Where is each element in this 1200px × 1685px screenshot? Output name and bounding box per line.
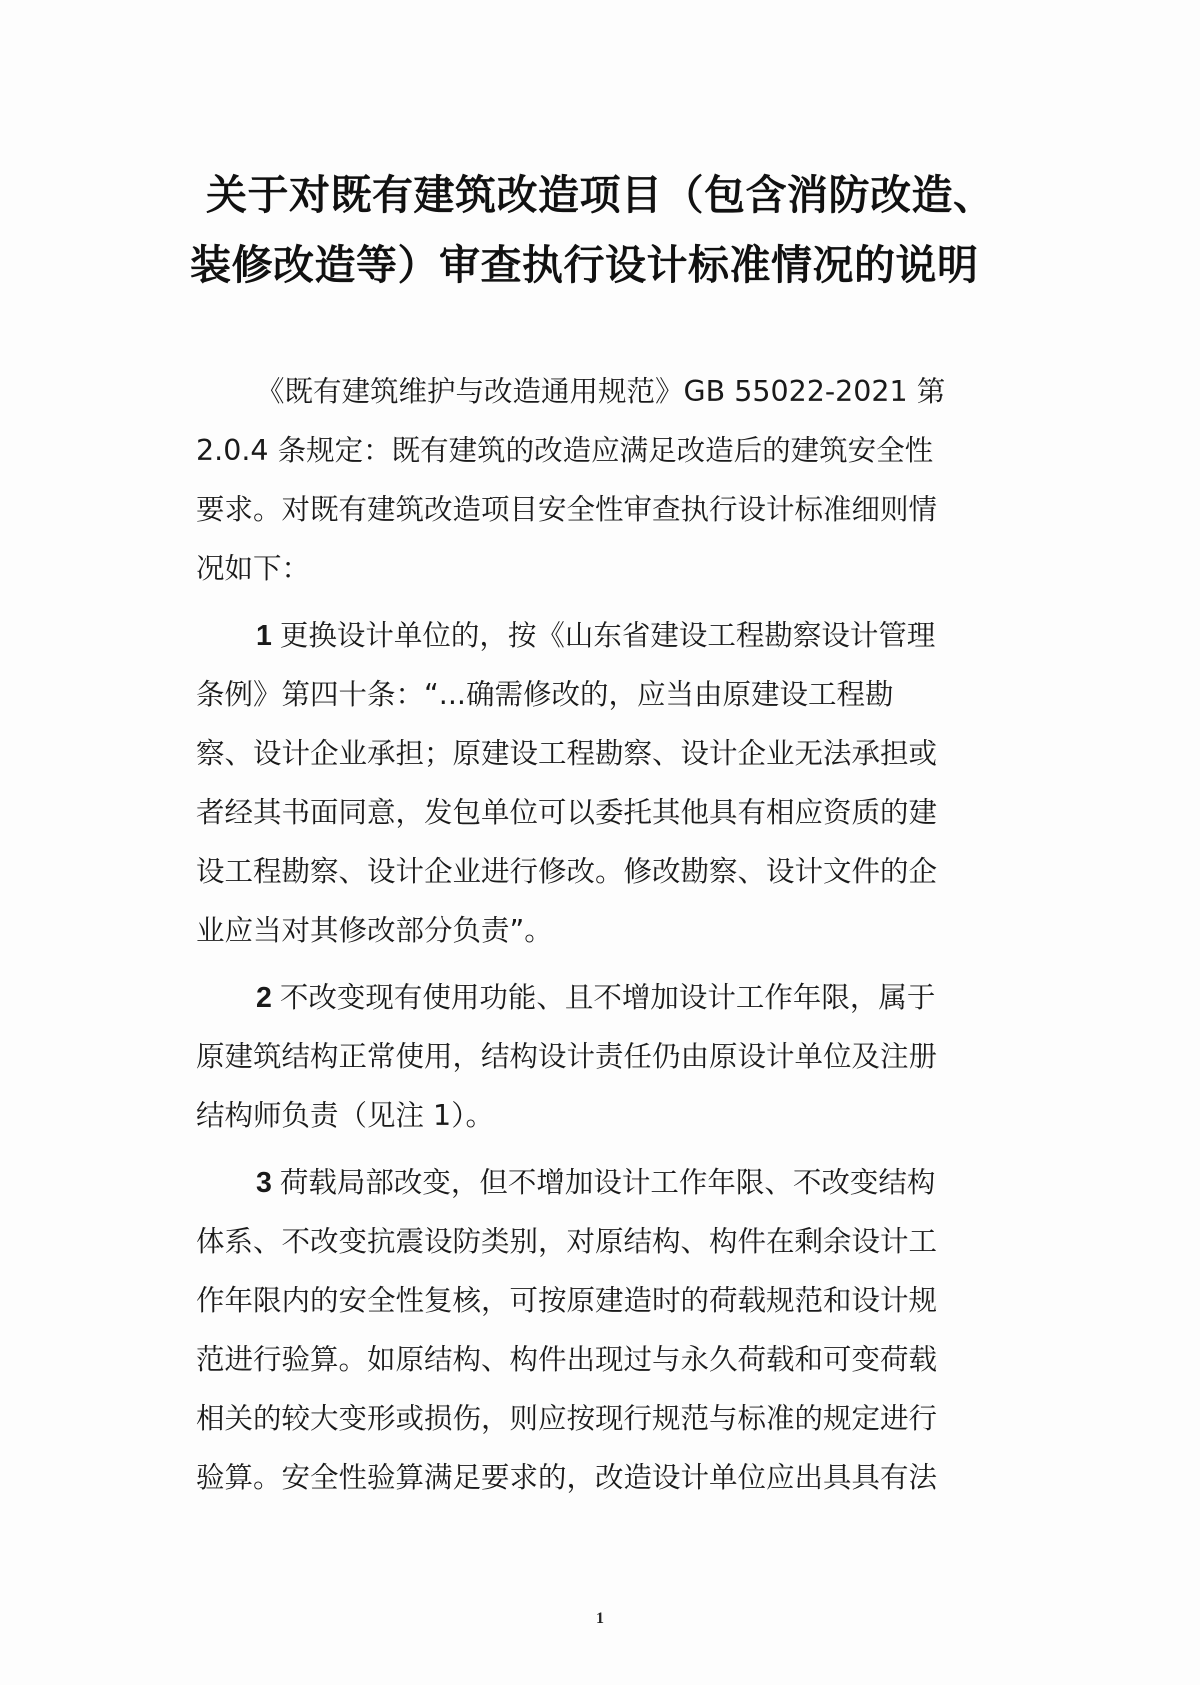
intro-line-3: 要求。对既有建筑改造项目安全性审查执行设计标准细则情	[196, 480, 996, 539]
item-1-text: 更换设计单位的，按《山东省建设工程勘察设计管理	[280, 619, 936, 652]
item-3-line: 范进行验算。如原结构、构件出现过与永久荷载和可变荷载	[196, 1330, 996, 1389]
item-1-line: 条例》第四十条：“...确需修改的，应当由原建设工程勘	[196, 665, 996, 724]
item-3-first-line: 3荷载局部改变，但不增加设计工作年限、不改变结构	[196, 1153, 996, 1212]
item-2-line: 结构师负责（见注 1）。	[196, 1086, 996, 1145]
item-3-text: 荷载局部改变，但不增加设计工作年限、不改变结构	[280, 1166, 936, 1199]
item-3-line: 相关的较大变形或损伤，则应按现行规范与标准的规定进行	[196, 1389, 996, 1448]
item-number: 3	[256, 1167, 272, 1199]
item-number: 2	[256, 982, 272, 1014]
document-body: 《既有建筑维护与改造通用规范》GB 55022-2021 第 2.0.4 条规定…	[196, 362, 996, 1507]
item-1-line: 业应当对其修改部分负责”。	[196, 901, 996, 960]
title-line-1: 关于对既有建筑改造项目（包含消防改造、	[190, 160, 1060, 230]
item-2-line: 原建筑结构正常使用，结构设计责任仍由原设计单位及注册	[196, 1027, 996, 1086]
item-1-line: 设工程勘察、设计企业进行修改。修改勘察、设计文件的企	[196, 842, 996, 901]
item-3-line: 作年限内的安全性复核，可按原建造时的荷载规范和设计规	[196, 1271, 996, 1330]
item-1-line: 察、设计企业承担；原建设工程勘察、设计企业无法承担或	[196, 724, 996, 783]
item-3-line: 体系、不改变抗震设防类别，对原结构、构件在剩余设计工	[196, 1212, 996, 1271]
page-number: 1	[0, 1610, 1200, 1628]
intro-line-4: 况如下：	[196, 539, 996, 598]
item-1-first-line: 1更换设计单位的，按《山东省建设工程勘察设计管理	[196, 606, 996, 665]
item-3-line: 验算。安全性验算满足要求的，改造设计单位应出具具有法	[196, 1448, 996, 1507]
intro-line-1: 《既有建筑维护与改造通用规范》GB 55022-2021 第	[196, 362, 996, 421]
document-title: 关于对既有建筑改造项目（包含消防改造、 装修改造等）审查执行设计标准情况的说明	[190, 160, 1060, 300]
item-2-text: 不改变现有使用功能、且不增加设计工作年限，属于	[280, 981, 936, 1014]
item-number: 1	[256, 620, 272, 652]
item-1-line: 者经其书面同意，发包单位可以委托其他具有相应资质的建	[196, 783, 996, 842]
item-2-first-line: 2不改变现有使用功能、且不增加设计工作年限，属于	[196, 968, 996, 1027]
title-line-2: 装修改造等）审查执行设计标准情况的说明	[190, 230, 1060, 300]
intro-line-2: 2.0.4 条规定：既有建筑的改造应满足改造后的建筑安全性	[196, 421, 996, 480]
document-page: 关于对既有建筑改造项目（包含消防改造、 装修改造等）审查执行设计标准情况的说明 …	[0, 0, 1200, 1685]
